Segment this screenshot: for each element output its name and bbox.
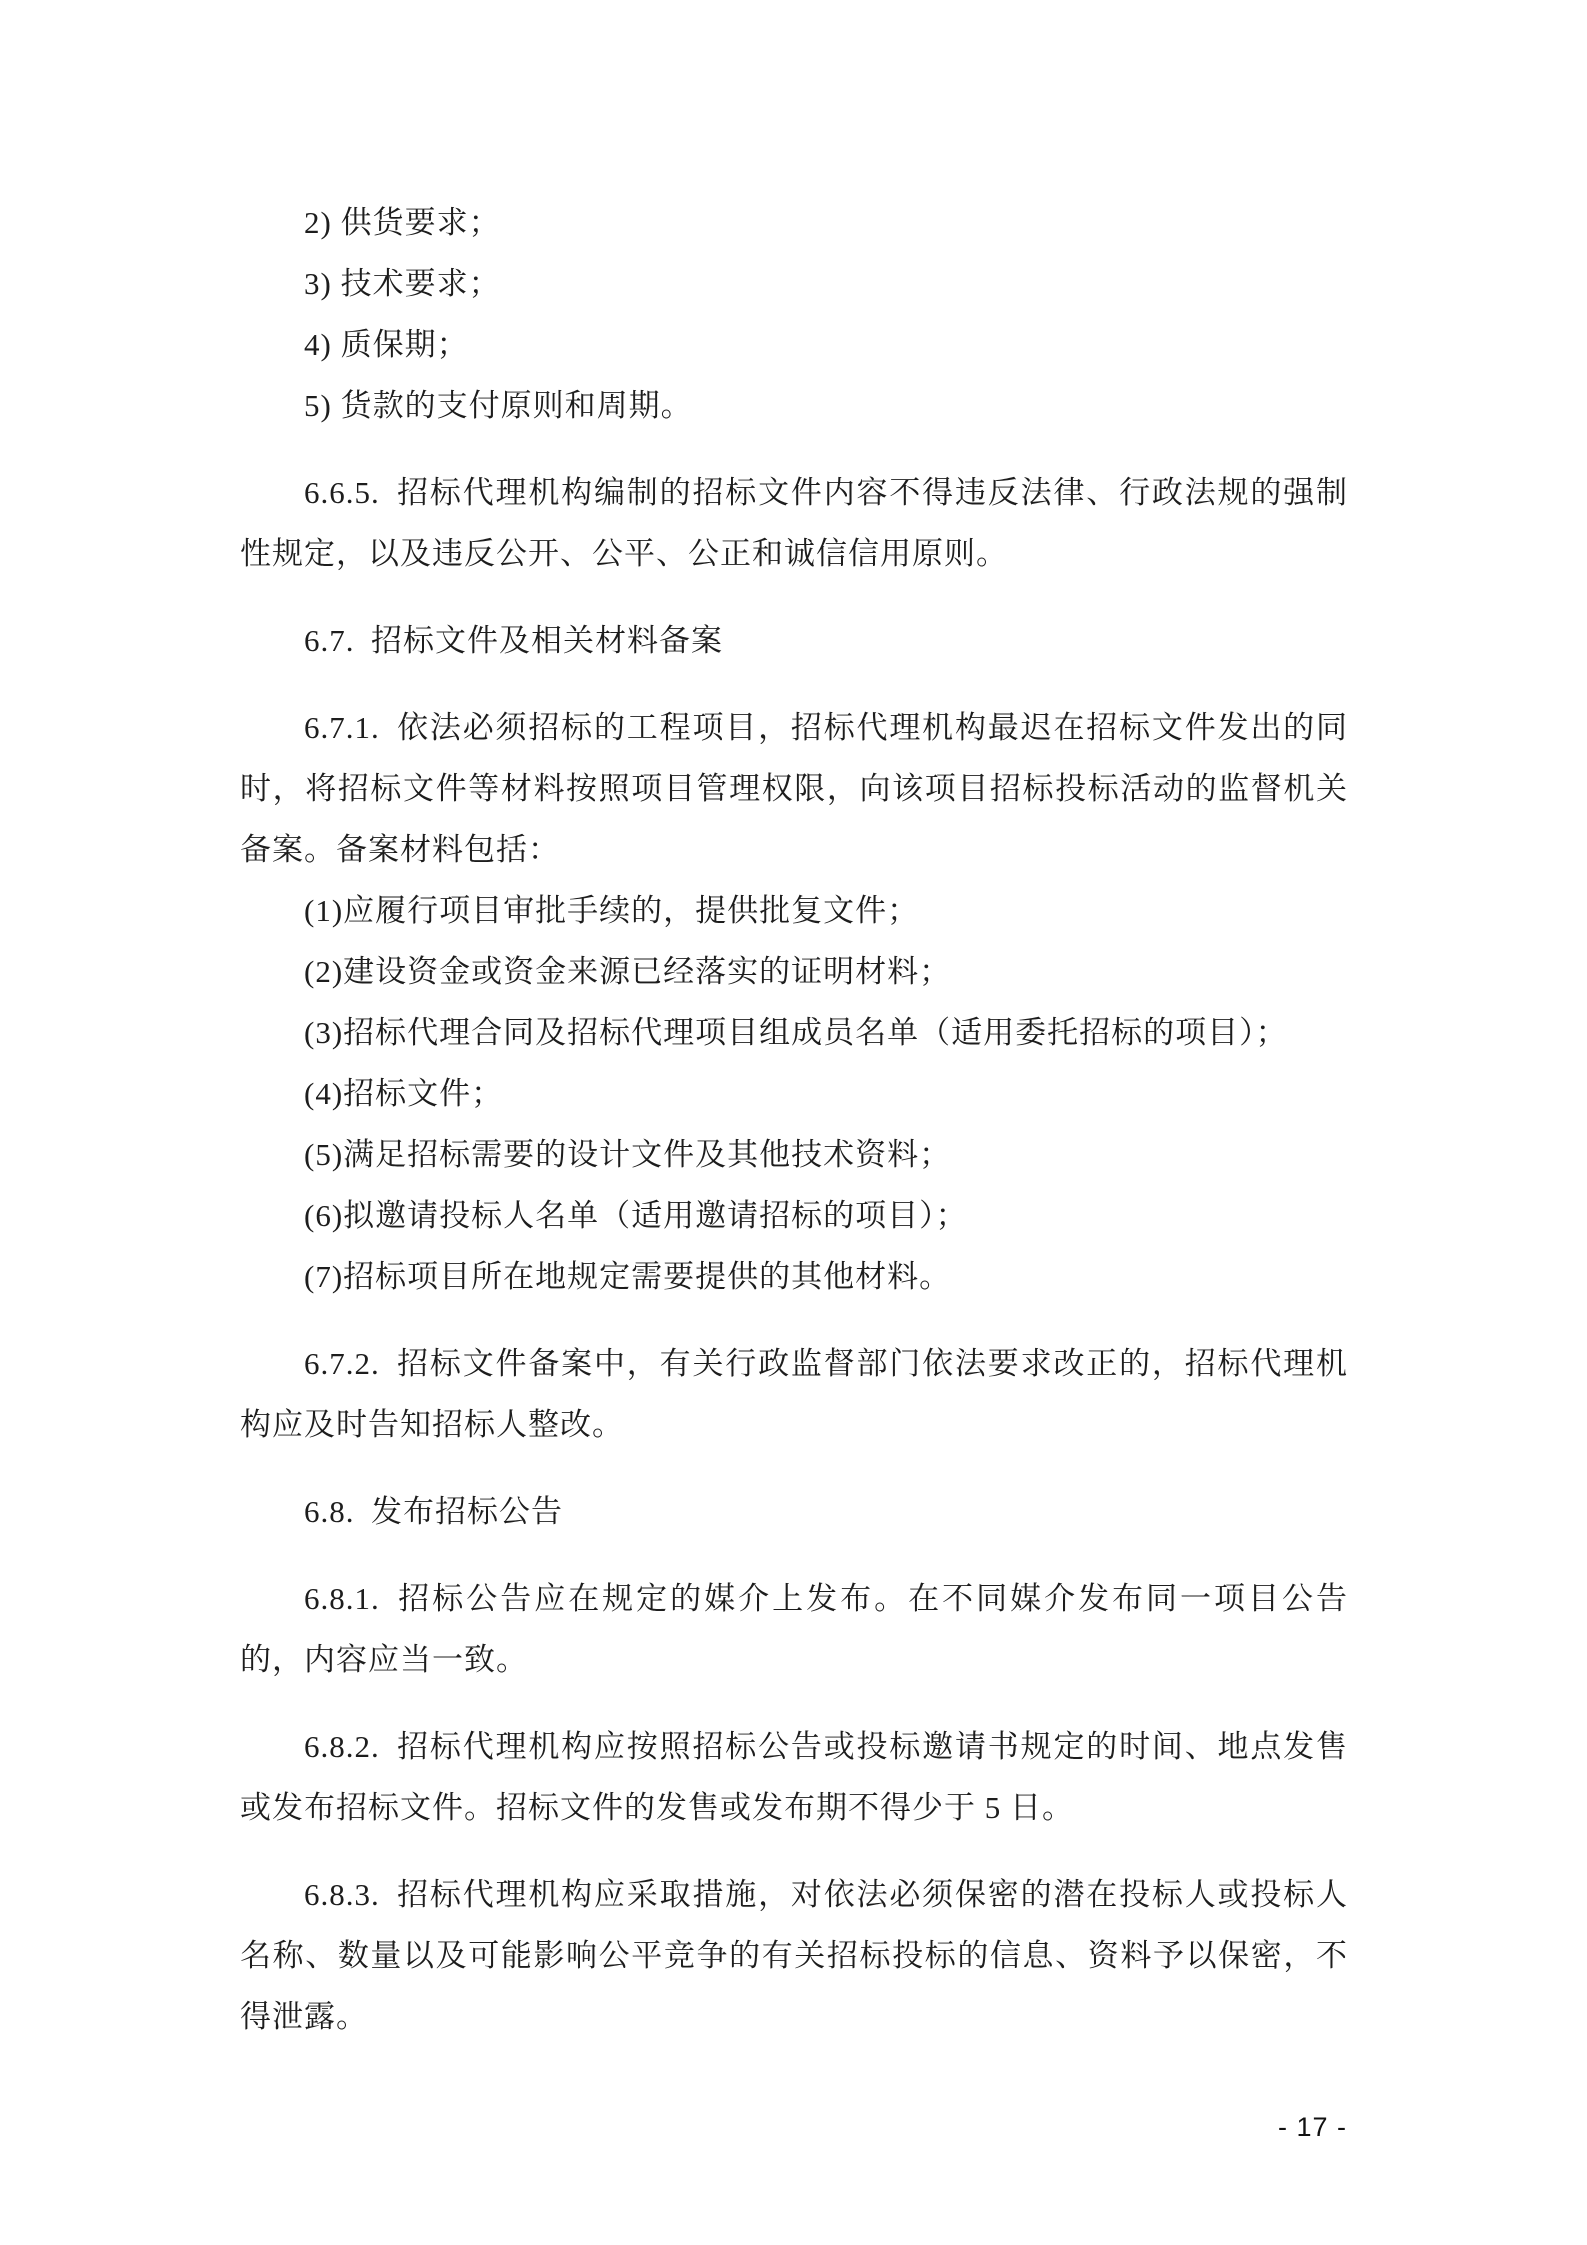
- record-material-item-1: (1)应履行项目审批手续的，提供批复文件；: [240, 880, 1348, 941]
- record-material-item-7: (7)招标项目所在地规定需要提供的其他材料。: [240, 1246, 1348, 1307]
- document-page: 2) 供货要求； 3) 技术要求； 4) 质保期； 5) 货款的支付原则和周期。…: [0, 0, 1587, 2245]
- list-item-technical-requirements: 3) 技术要求；: [240, 253, 1348, 314]
- list-item-supply-requirements: 2) 供货要求；: [240, 192, 1348, 253]
- record-material-item-6: (6)拟邀请投标人名单（适用邀请招标的项目）；: [240, 1185, 1348, 1246]
- paragraph-6-8-1: 6.8.1. 招标公告应在规定的媒介上发布。在不同媒介发布同一项目公告的，内容应…: [240, 1568, 1348, 1690]
- list-item-warranty-period: 4) 质保期；: [240, 314, 1348, 375]
- list-item-payment-terms: 5) 货款的支付原则和周期。: [240, 375, 1348, 436]
- record-material-item-4: (4)招标文件；: [240, 1063, 1348, 1124]
- record-material-item-3: (3)招标代理合同及招标代理项目组成员名单（适用委托招标的项目）；: [240, 1002, 1348, 1063]
- page-number: - 17 -: [1278, 2112, 1347, 2143]
- record-material-item-5: (5)满足招标需要的设计文件及其他技术资料；: [240, 1124, 1348, 1185]
- heading-6-7: 6.7. 招标文件及相关材料备案: [240, 610, 1348, 671]
- document-body: 2) 供货要求； 3) 技术要求； 4) 质保期； 5) 货款的支付原则和周期。…: [240, 192, 1348, 2047]
- heading-6-8: 6.8. 发布招标公告: [240, 1481, 1348, 1542]
- paragraph-6-6-5: 6.6.5. 招标代理机构编制的招标文件内容不得违反法律、行政法规的强制性规定，…: [240, 462, 1348, 584]
- paragraph-6-7-1: 6.7.1. 依法必须招标的工程项目，招标代理机构最迟在招标文件发出的同时，将招…: [240, 697, 1348, 880]
- record-material-item-2: (2)建设资金或资金来源已经落实的证明材料；: [240, 941, 1348, 1002]
- paragraph-6-8-2: 6.8.2. 招标代理机构应按照招标公告或投标邀请书规定的时间、地点发售或发布招…: [240, 1716, 1348, 1838]
- paragraph-6-8-3: 6.8.3. 招标代理机构应采取措施，对依法必须保密的潜在投标人或投标人名称、数…: [240, 1864, 1348, 2047]
- paragraph-6-7-2: 6.7.2. 招标文件备案中，有关行政监督部门依法要求改正的，招标代理机构应及时…: [240, 1333, 1348, 1455]
